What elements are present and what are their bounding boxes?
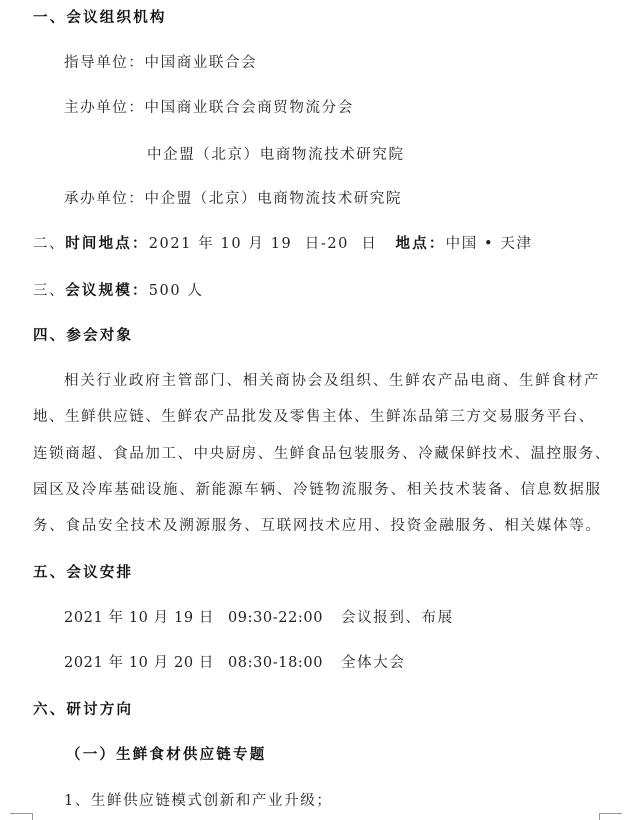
- guide-unit-value: 中国商业联合会: [145, 55, 258, 71]
- guide-unit-label: 指导单位：: [64, 55, 145, 71]
- schedule-row: 2021 年 10 月 19 日09:30-22:00会议报到、布展: [64, 608, 454, 628]
- attendees-paragraph-line: 相关行业政府主管部门、相关商协会及组织、生鲜农产品电商、生鲜食材产: [64, 371, 600, 391]
- section-1-heading: 一、会议组织机构: [33, 8, 167, 28]
- section-2-row: 二、时间地点：2021 年 10 月 19 日-20 日地点：中国 • 天津: [33, 234, 533, 254]
- schedule-date: 2021 年 10 月 19 日: [64, 610, 214, 626]
- section-3-row: 三、会议规模：500 人: [33, 281, 204, 301]
- attendees-paragraph-line: 园区及冷库基础设施、新能源车辆、冷链物流服务、相关技术装备、信息数据服: [33, 480, 602, 500]
- section-3-prefix: 三、: [33, 283, 65, 299]
- schedule-date: 2021 年 10 月 20 日: [64, 655, 214, 671]
- schedule-row: 2021 年 10 月 20 日08:30-18:00全体大会: [64, 653, 405, 673]
- attendees-paragraph-line: 连锁商超、食品加工、中央厨房、生鲜食品包装服务、冷藏保鲜技术、温控服务、: [33, 444, 611, 464]
- organizer-unit-label: 承办单位：: [64, 191, 145, 207]
- scale-value: 500 人: [149, 283, 204, 299]
- event-date: 2021 年 10 月 19 日-20 日: [149, 236, 378, 252]
- schedule-event: 全体大会: [341, 655, 405, 671]
- organizer-unit-value: 中企盟（北京）电商物流技术研究院: [145, 191, 403, 207]
- host-unit-value-1: 中国商业联合会商贸物流分会: [145, 100, 354, 116]
- guide-unit-row: 指导单位：中国商业联合会: [64, 53, 257, 73]
- host-unit-row: 主办单位：中国商业联合会商贸物流分会: [64, 98, 354, 118]
- time-place-label: 时间地点：: [65, 236, 149, 252]
- section-4-heading: 四、参会对象: [33, 326, 133, 346]
- section-2-prefix: 二、: [33, 236, 65, 252]
- section-6-subheading: （一）生鲜食材供应链专题: [66, 745, 266, 765]
- topic-item: 1、生鲜供应链模式创新和产业升级；: [64, 791, 332, 811]
- host-unit-label: 主办单位：: [64, 100, 145, 116]
- attendees-paragraph-line: 务、食品安全技术及溯源服务、互联网技术应用、投资金融服务、相关媒体等。: [33, 516, 602, 536]
- section-6-heading: 六、研讨方向: [33, 700, 133, 720]
- crop-mark-left: [10, 813, 33, 820]
- section-5-heading: 五、会议安排: [33, 563, 133, 583]
- crop-mark-right: [599, 813, 622, 820]
- place-label: 地点：: [396, 236, 446, 252]
- host-unit-value-2: 中企盟（北京）电商物流技术研究院: [147, 145, 405, 165]
- schedule-time: 09:30-22:00: [228, 610, 323, 626]
- schedule-time: 08:30-18:00: [228, 655, 323, 671]
- scale-label: 会议规模：: [65, 283, 149, 299]
- place-value: 中国 • 天津: [446, 236, 533, 252]
- organizer-unit-row: 承办单位：中企盟（北京）电商物流技术研究院: [64, 189, 402, 209]
- attendees-paragraph-line: 地、生鲜供应链、生鲜农产品批发及零售主体、生鲜冻品第三方交易服务平台、: [33, 407, 595, 427]
- schedule-event: 会议报到、布展: [341, 610, 454, 626]
